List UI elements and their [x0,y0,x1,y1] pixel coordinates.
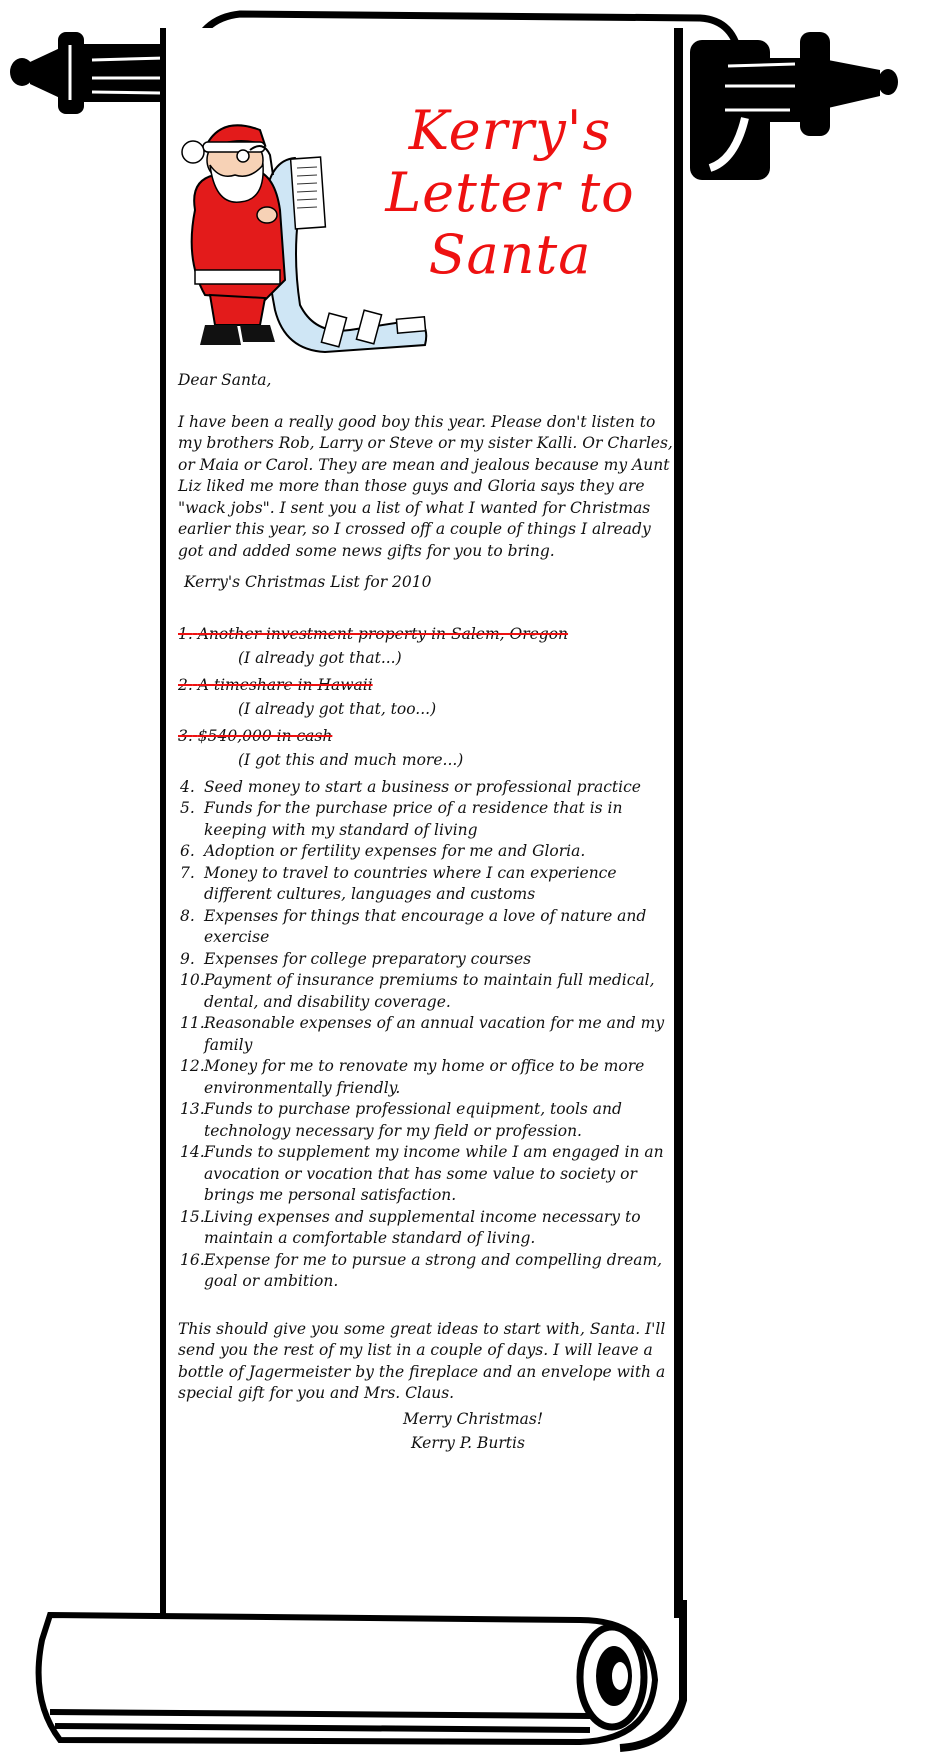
list-item: 16.Expense for me to pursue a strong and… [178,1250,678,1293]
signature: Kerry P. Burtis [403,1431,678,1455]
christmas-list: 1. Another investment property in Salem,… [178,624,678,1293]
title-line-1: Kerry's [345,100,675,162]
list-item: 10.Payment of insurance premiums to main… [178,970,678,1013]
list-item: 8.Expenses for things that encourage a l… [178,906,678,949]
list-item: 2. A timeshare in Hawaii (I already got … [178,675,678,721]
list-item: 5.Funds for the purchase price of a resi… [178,798,678,841]
intro-paragraph: I have been a really good boy this year.… [178,412,678,563]
title-line-2: Letter to [345,162,675,224]
list-item: 1. Another investment property in Salem,… [178,624,678,670]
list-item: 4.Seed money to start a business or prof… [178,777,678,799]
scroll-bottom-roll-icon [0,1600,927,1759]
list-item: 6.Adoption or fertility expenses for me … [178,841,678,863]
list-item: 9.Expenses for college preparatory cours… [178,949,678,971]
list-item: 7.Money to travel to countries where I c… [178,863,678,906]
crossed-out-item: 3. $540,000 in cash [178,727,332,745]
greeting: Dear Santa, [178,370,678,392]
list-item: 15.Living expenses and supplemental inco… [178,1207,678,1250]
signoff-text: Merry Christmas! [403,1407,678,1431]
list-item: 14.Funds to supplement my income while I… [178,1142,678,1207]
title-line-3: Santa [345,224,675,286]
crossed-out-item: 1. Another investment property in Salem,… [178,625,568,643]
list-item: 12.Money for me to renovate my home or o… [178,1056,678,1099]
list-item: 13.Funds to purchase professional equipm… [178,1099,678,1142]
item-note: (I already got that, too...) [178,699,678,721]
letter-title: Kerry's Letter to Santa [345,100,675,286]
signoff-block: Merry Christmas! Kerry P. Burtis [178,1407,678,1455]
list-item: 3. $540,000 in cash (I got this and much… [178,726,678,772]
list-item: 11.Reasonable expenses of an annual vaca… [178,1013,678,1056]
closing-paragraph: This should give you some great ideas to… [178,1319,678,1405]
crossed-out-item: 2. A timeshare in Hawaii [178,676,373,694]
item-note: (I got this and much more...) [178,750,678,772]
christmas-list-title: Kerry's Christmas List for 2010 [184,572,678,594]
item-note: (I already got that...) [178,648,678,670]
letter-body: Dear Santa, I have been a really good bo… [178,370,678,1455]
